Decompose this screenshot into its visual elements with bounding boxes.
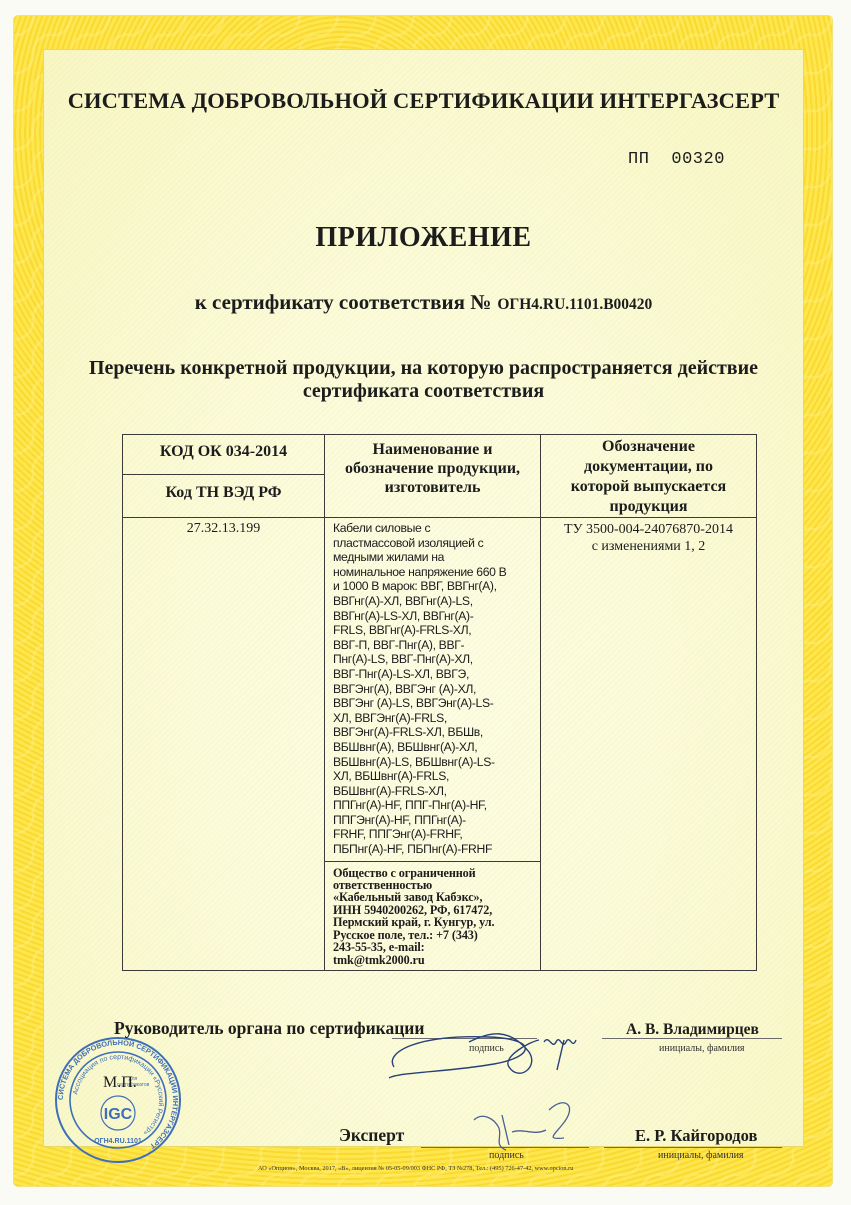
list-heading: Перечень конкретной продукции, на котору… bbox=[44, 357, 803, 403]
product-line: ППГнг(А)-HF, ППГ-Пнг(А)-HF, bbox=[333, 798, 536, 813]
header-documentation: Обозначение документации, по которой вып… bbox=[541, 435, 757, 518]
svg-text:Ассоциация по сертификации «Ру: Ассоциация по сертификации «Русский Реги… bbox=[72, 1054, 165, 1136]
head-signature-icon bbox=[379, 1012, 599, 1087]
manufacturer-line: 243-55-35, e-mail: bbox=[333, 941, 536, 953]
header-line: продукция bbox=[541, 497, 756, 517]
header-code-tnved: Код ТН ВЭД РФ bbox=[123, 474, 325, 517]
stamp-logo: IGC bbox=[104, 1106, 133, 1123]
table-row: 27.32.13.199 Кабели силовые спластмассов… bbox=[123, 518, 757, 862]
seal-stamp-icon: СИСТЕМА ДОБРОВОЛЬНОЙ СЕРТИФИКАЦИИ ИНТЕРГ… bbox=[53, 1035, 183, 1165]
product-line: ВБШвнг(А)-LS, ВБШвнг(А)-LS- bbox=[333, 755, 536, 770]
form-series: ПП bbox=[628, 150, 649, 169]
seal-place-label: М.П. bbox=[103, 1074, 137, 1092]
product-line: ВВГЭнг(А), ВВГЭнг (А)-ХЛ, bbox=[333, 682, 536, 697]
certificate-page: СИСТЕМА ДОБРОВОЛЬНОЙ СЕРТИФИКАЦИИ ИНТЕРГ… bbox=[43, 49, 804, 1147]
documentation-line: ТУ 3500-004-24076870-2014 bbox=[541, 521, 756, 538]
product-table: КОД ОК 034-2014 Наименование и обозначен… bbox=[122, 434, 757, 971]
product-line: и 1000 В марок: ВВГ, ВВГнг(А), bbox=[333, 579, 536, 594]
manufacturer-line: «Кабельный завод Кабэкс», bbox=[333, 891, 536, 903]
header-line: которой выпускается bbox=[541, 477, 756, 497]
manufacturer-line: tmk@tmk2000.ru bbox=[333, 954, 536, 966]
table-header-row: КОД ОК 034-2014 Наименование и обозначен… bbox=[123, 435, 757, 475]
list-heading-line: сертификата соответствия bbox=[44, 380, 803, 403]
product-line: ВВГЭнг(А)-FRLS-ХЛ, ВБШв, bbox=[333, 725, 536, 740]
product-line: ВБШвнг(А), ВБШвнг(А)-ХЛ, bbox=[333, 740, 536, 755]
form-number-value: 00320 bbox=[671, 150, 725, 169]
cell-documentation: ТУ 3500-004-24076870-2014с изменениями 1… bbox=[541, 518, 757, 971]
product-line: ПБПнг(А)-HF, ПБПнг(А)-FRHF bbox=[333, 842, 536, 857]
product-line: ВВГЭнг (А)-LS, ВВГЭнг(А)-LS- bbox=[333, 696, 536, 711]
product-line: ВВГ-Пнг(А)-LS-ХЛ, ВВГЭ, bbox=[333, 667, 536, 682]
certificate-frame: СИСТЕМА ДОБРОВОЛЬНОЙ СЕРТИФИКАЦИИ ИНТЕРГ… bbox=[14, 16, 832, 1186]
cell-code: 27.32.13.199 bbox=[123, 518, 325, 971]
product-line: ВБШвнг(А)-FRLS-ХЛ, bbox=[333, 784, 536, 799]
header-line: Обозначение bbox=[541, 437, 756, 457]
product-line: ХЛ, ВВГЭнг(А)-FRLS, bbox=[333, 711, 536, 726]
cell-manufacturer: Общество с ограниченнойответственностью«… bbox=[325, 861, 541, 970]
head-signature-label: Руководитель органа по сертификации bbox=[114, 1018, 424, 1039]
stamp-code: ОГН4.RU.1101 bbox=[94, 1138, 142, 1145]
list-heading-line: Перечень конкретной продукции, на котору… bbox=[44, 357, 803, 380]
printer-imprint: АО «Опцион», Москва, 2017, «В», лицензия… bbox=[258, 1165, 573, 1172]
product-line: ВВГнг(А)-LS-ХЛ, ВВГнг(А)- bbox=[333, 609, 536, 624]
product-line: номинальное напряжение 660 В bbox=[333, 565, 536, 580]
expert-signature-icon bbox=[454, 1090, 594, 1155]
header-product-name: Наименование и обозначение продукции, из… bbox=[325, 435, 541, 518]
product-line: ВВГнг(А)-ХЛ, ВВГнг(А)-LS, bbox=[333, 594, 536, 609]
product-line: FRHF, ППГЭнг(А)-FRHF, bbox=[333, 827, 536, 842]
manufacturer-line: Пермский край, г. Кунгур, ул. bbox=[333, 916, 536, 928]
certificate-number: ОГН4.RU.1101.В00420 bbox=[497, 296, 652, 313]
form-number: ПП00320 bbox=[628, 150, 725, 169]
product-line: Пнг(А)-LS, ВВГ-Пнг(А)-ХЛ, bbox=[333, 652, 536, 667]
header-line: изготовитель bbox=[325, 478, 540, 497]
documentation-line: с изменениями 1, 2 bbox=[541, 538, 756, 555]
certificate-reference-label: к сертификату соответствия № bbox=[195, 290, 492, 314]
product-line: ВВГ-П, ВВГ-Пнг(А), ВВГ- bbox=[333, 638, 536, 653]
product-line: ХЛ, ВБШвнг(А)-FRLS, bbox=[333, 769, 536, 784]
header-code-ok: КОД ОК 034-2014 bbox=[123, 435, 325, 475]
product-line: FRLS, ВВГнг(А)-FRLS-ХЛ, bbox=[333, 623, 536, 638]
head-name: А. В. Владимирцев bbox=[626, 1021, 759, 1039]
stamp-inner-text: Ассоциация по сертификации «Русский Реги… bbox=[72, 1054, 165, 1136]
product-line: Кабели силовые с bbox=[333, 521, 536, 536]
header-line: обозначение продукции, bbox=[325, 459, 540, 478]
cell-product: Кабели силовые спластмассовой изоляцией … bbox=[325, 518, 541, 862]
header-line: Наименование и bbox=[325, 440, 540, 459]
product-line: медными жилами на bbox=[333, 550, 536, 565]
appendix-title: ПРИЛОЖЕНИЕ bbox=[44, 222, 803, 254]
expert-name-caption: инициалы, фамилия bbox=[658, 1150, 744, 1161]
header-line: документации, по bbox=[541, 457, 756, 477]
expert-signature-label: Эксперт bbox=[339, 1125, 404, 1146]
certificate-reference: к сертификату соответствия №ОГН4.RU.1101… bbox=[44, 290, 803, 315]
expert-name-line bbox=[604, 1147, 782, 1148]
product-line: пластмассовой изоляцией с bbox=[333, 536, 536, 551]
system-title: СИСТЕМА ДОБРОВОЛЬНОЙ СЕРТИФИКАЦИИ ИНТЕРГ… bbox=[44, 88, 803, 114]
expert-name: Е. Р. Кайгородов bbox=[635, 1126, 757, 1146]
product-line: ППГЭнг(А)-HF, ППГнг(А)- bbox=[333, 813, 536, 828]
head-name-caption: инициалы, фамилия bbox=[659, 1043, 745, 1054]
